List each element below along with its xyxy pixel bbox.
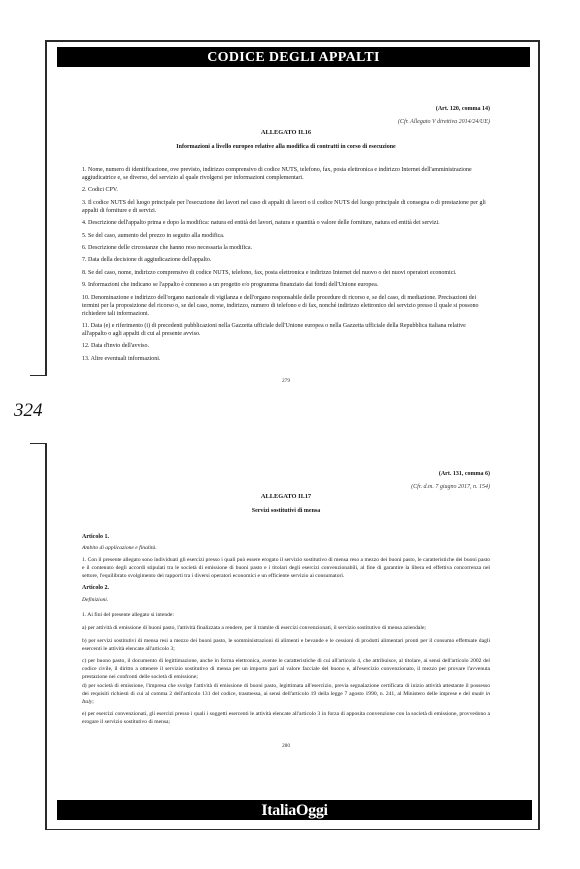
- list-item: 9. Informazioni che indicano se l'appalt…: [82, 281, 490, 289]
- annex-title: ALLEGATO II.17: [82, 493, 490, 501]
- definition-e: e) per esercizi convenzionati, gli eserc…: [82, 710, 490, 726]
- list-item: 12. Data d'invio dell'avviso.: [82, 342, 490, 350]
- definition-b: b) per servizi sostitutivi di mensa resi…: [82, 637, 490, 653]
- frame-left-border-lower: [45, 443, 47, 830]
- article-1-rubric: Ambito di applicazione e finalità.: [82, 544, 490, 552]
- annex-title: ALLEGATO II.16: [82, 129, 490, 137]
- source-reference: (Cfr. d.m. 7 giugno 2017, n. 154): [82, 483, 490, 491]
- list-item: 10. Denominazione e indirizzo dell'organ…: [82, 294, 490, 318]
- frame-bottom-border: [45, 829, 540, 831]
- article-reference: (Art. 131, comma 6): [82, 470, 490, 478]
- article-2-rubric: Definizioni.: [82, 596, 490, 604]
- list-item: 5. Se del caso, aumento del prezzo in se…: [82, 232, 490, 240]
- source-reference: (Cfr. Allegato V direttiva 2014/24/UE): [82, 118, 490, 126]
- definition-d-end: ;: [92, 699, 94, 705]
- definition-c: c) per buono pasto, il documento di legi…: [82, 657, 490, 681]
- article-2-heading: Articolo 2.: [82, 584, 490, 592]
- information-list: 1. Nome, numero di identificazione, ove …: [82, 166, 490, 367]
- article-2-intro: 1. Ai fini del presente allegato si inte…: [82, 611, 490, 619]
- frame-right-border: [538, 40, 540, 830]
- list-item: 11. Data (e) e riferimento (i) di preced…: [82, 322, 490, 338]
- frame-left-border-upper: [45, 40, 47, 376]
- article-reference: (Art. 120, comma 14): [82, 105, 490, 113]
- list-item: 8. Se del caso, nome, indirizzo comprens…: [82, 269, 490, 277]
- page-number: 279: [82, 377, 490, 385]
- annex-subtitle: Informazioni a livello europeo relative …: [82, 143, 490, 151]
- article-1-paragraph: 1. Con il presente allegato sono individ…: [82, 556, 490, 580]
- list-item: 1. Nome, numero di identificazione, ove …: [82, 166, 490, 182]
- frame-left-tick-upper: [30, 375, 47, 377]
- annex-subtitle: Servizi sostitutivi di mensa: [82, 507, 490, 515]
- list-item: 2. Codici CPV.: [82, 186, 490, 194]
- header-title-bar: CODICE DEGLI APPALTI: [57, 47, 530, 67]
- frame-top-border: [45, 40, 540, 42]
- definition-d: d) per società di emissione, l'impresa c…: [82, 682, 490, 706]
- list-item: 6. Descrizione delle circostanze che han…: [82, 244, 490, 252]
- spread-page-number: 324: [14, 400, 43, 422]
- page-number: 280: [82, 742, 490, 750]
- list-item: 3. Il codice NUTS del luogo principale p…: [82, 199, 490, 215]
- list-item: 4. Descrizione dell'appalto prima e dopo…: [82, 219, 490, 227]
- definition-a: a) per attività di emissione di buoni pa…: [82, 624, 490, 632]
- definition-d-text: d) per società di emissione, l'impresa c…: [82, 683, 490, 697]
- article-1-heading: Articolo 1.: [82, 533, 490, 541]
- footer-brand-bar: ItaliaOggi: [57, 800, 532, 820]
- list-item: 7. Data della decisione di aggiudicazion…: [82, 256, 490, 264]
- list-item: 13. Altre eventuali informazioni.: [82, 355, 490, 363]
